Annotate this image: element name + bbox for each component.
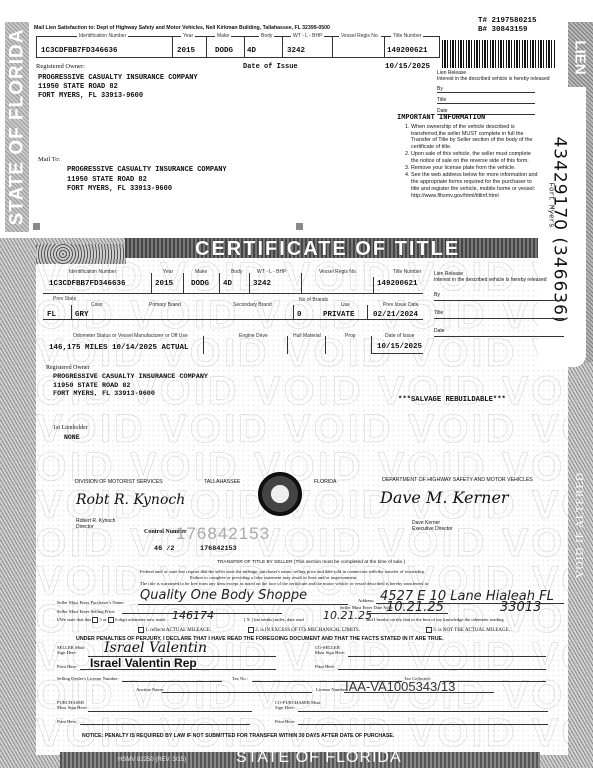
mail-lien-header: Mail Lien Satisfaction to: Dept of Highw… bbox=[34, 25, 330, 31]
cert-owner-name: PROGRESSIVE CASUALTY INSURANCE COMPANY bbox=[53, 373, 208, 382]
stub-vin-value: 1C3CDFBB7FD346636 bbox=[41, 47, 118, 55]
stub-date-of-issue-label: Date of Issue bbox=[243, 63, 298, 71]
cert-no-brands-value: 0 bbox=[297, 311, 302, 319]
coseller-print-label: Print Here: bbox=[315, 664, 335, 669]
cert-odometer-value: 146,175 MILES 10/14/2025 ACTUAL bbox=[49, 344, 189, 352]
auction-name-label: Auction Name: bbox=[136, 687, 164, 692]
cert-lien-by-field[interactable]: By bbox=[434, 283, 564, 301]
law-line-2: Failure to complete or providing a false… bbox=[190, 575, 357, 580]
owner-city: FORT MYERS, FL 33913-9600 bbox=[38, 92, 198, 101]
important-information: IMPORTANT INFORMATION When ownership of … bbox=[397, 114, 539, 200]
penalty-notice: NOTICE: PENALTY IS REQUIRED BY LAW IF NO… bbox=[82, 733, 394, 739]
cert-use-label: Use bbox=[341, 302, 350, 308]
transfer-heading: TRANSFER OF TITLE BY SELLER (This sectio… bbox=[217, 560, 405, 565]
option2-label: 2. is IN EXCESS OF ITS MECHANICAL LIMITS… bbox=[255, 628, 360, 633]
director-title: Director bbox=[76, 525, 115, 531]
date-read-input[interactable]: 10.21.25 bbox=[323, 609, 372, 622]
license-number-label: License Number: bbox=[316, 687, 348, 692]
cert-lien-title-field[interactable]: Title bbox=[434, 301, 564, 319]
stub-title-number-cell: Title Number 149200621 bbox=[385, 37, 441, 57]
dealer-license-input[interactable] bbox=[122, 680, 222, 682]
cert-vehicle-id-row: Identification Number 1C3CDFBB7FD346636 … bbox=[43, 273, 423, 295]
tax-collected-input[interactable] bbox=[440, 680, 546, 682]
option-actual-mileage: 1. reflects ACTUAL MILEAGE. bbox=[138, 627, 211, 633]
copurchaser-sign-label: CO-PURCHASER Must Sign Here: bbox=[275, 700, 325, 710]
date-sold-input[interactable]: 10.21.25 bbox=[386, 600, 444, 615]
salvage-brand: ***SALVAGE REBUILDABLE*** bbox=[398, 396, 506, 404]
cert-odometer-label: Odometer Status or Vessel Manufacturer o… bbox=[73, 333, 188, 339]
by-label: By bbox=[434, 292, 440, 298]
bottom-state-title: STATE OF FLORIDA bbox=[236, 749, 402, 767]
seller-print-input[interactable]: Israel Valentin Rep bbox=[90, 656, 197, 670]
five-digit-checkbox[interactable] bbox=[92, 617, 98, 623]
mail-to-name: PROGRESSIVE CASUALTY INSURANCE COMPANY bbox=[67, 166, 227, 176]
stub-title-number-label: Title Number bbox=[391, 33, 423, 39]
void-if-altered-band: VOID IF ALTERED bbox=[570, 390, 590, 660]
cert-engine-drive-label: Engine Drive bbox=[239, 333, 268, 339]
purchaser-print-input[interactable] bbox=[80, 723, 250, 725]
cert-vessel-label: Vessel Regis No. bbox=[319, 269, 357, 275]
cert-prev-issue-value: 02/21/2024 bbox=[373, 311, 418, 319]
stub-registered-owner-label: Registered Owner: bbox=[36, 63, 85, 70]
cert-year-label: Year bbox=[163, 269, 173, 275]
option1-label: 1. reflects ACTUAL MILEAGE. bbox=[145, 628, 211, 633]
cert-vin-value: 1C3CDFBB7FD346636 bbox=[49, 280, 126, 288]
mail-to-street: 11950 STATE ROAD 82 bbox=[67, 176, 227, 186]
batch-number: 46 /2 bbox=[154, 545, 174, 553]
stub-owner-address: PROGRESSIVE CASUALTY INSURANCE COMPANY 1… bbox=[38, 74, 198, 101]
lien-release-by-field[interactable]: By bbox=[437, 82, 535, 93]
stub-title-number-value: 149200621 bbox=[387, 47, 428, 55]
cert-primary-brand-label: Primary Brand bbox=[149, 302, 181, 308]
six-digit-label: 6 digit odometer now reads bbox=[115, 617, 165, 622]
cert-doi-value: 10/15/2025 bbox=[377, 343, 422, 351]
state-band-label: STATE OF FLORIDA bbox=[5, 22, 29, 232]
purchaser-name-input[interactable]: Quality One Body Shoppe bbox=[140, 588, 307, 603]
mail-to-city: FORT MYERS, FL 33913-9600 bbox=[67, 185, 227, 195]
stub-year-label: Year bbox=[181, 33, 195, 39]
state-band-text: STATE OF FLORIDA bbox=[6, 29, 28, 226]
five-digit-label: 5 or bbox=[100, 617, 107, 622]
stub-make-value: DODG bbox=[215, 47, 233, 55]
purchaser-name-label: Seller Must Enter Purchaser's Name: bbox=[57, 600, 125, 605]
by-label: By bbox=[437, 86, 443, 92]
ornamental-flourish bbox=[36, 244, 126, 264]
b-number: B# 30843159 bbox=[478, 26, 537, 35]
state-label: FLORIDA bbox=[314, 479, 336, 485]
void-watermark-row: VOID VOID VOID VOID VOID VOID VOID VOID bbox=[36, 410, 568, 448]
cert-wt-label: WT - L - BHP bbox=[257, 269, 286, 275]
license-number-input[interactable]: IAA-VA1005343/13 bbox=[345, 679, 455, 694]
cert-make-label: Make bbox=[195, 269, 207, 275]
mail-to-address: PROGRESSIVE CASUALTY INSURANCE COMPANY 1… bbox=[67, 166, 227, 195]
stub-vin-cell: Identification Number 1C3CDFBB7FD346636 bbox=[37, 37, 173, 57]
purchaser-signature-input[interactable] bbox=[88, 710, 252, 712]
purchaser-print-label: Print Here: bbox=[57, 719, 77, 724]
mail-to-label: Mail To: bbox=[38, 156, 60, 163]
stub-year-value: 2015 bbox=[177, 47, 195, 55]
owner-street: 11950 STATE ROAD 82 bbox=[38, 83, 198, 92]
actual-mileage-checkbox[interactable] bbox=[138, 627, 144, 633]
dealer-license-label: Selling Dealer's License Number: bbox=[57, 676, 119, 681]
stub-wt-cell: WT - L - BHP 3242 bbox=[283, 37, 333, 57]
certificate-title: CERTIFICATE OF TITLE bbox=[195, 238, 460, 261]
cert-wt-value: 3242 bbox=[253, 280, 271, 288]
stub-vessel-label: Vessel Regis No. bbox=[339, 33, 381, 39]
coseller-print-input[interactable] bbox=[338, 668, 546, 670]
important-info-list: When ownership of the vehicle described … bbox=[397, 124, 539, 200]
stub-date-of-issue-value: 10/15/2025 bbox=[385, 63, 430, 71]
copurchaser-print-input[interactable] bbox=[298, 723, 548, 725]
cert-body-value: 4D bbox=[223, 280, 232, 288]
tag-city: Fort Myers bbox=[530, 160, 570, 250]
odometer-reading-input[interactable]: 146174 bbox=[172, 609, 214, 622]
cert-year-value: 2015 bbox=[155, 280, 173, 288]
executive-signature: Dave M. Kerner bbox=[380, 488, 509, 507]
purchaser-sign-label: PURCHASER Must Sign Here: bbox=[57, 700, 91, 710]
stub-body-value: 4D bbox=[247, 47, 256, 55]
option-not-actual: 3. is NOT THE ACTUAL MILEAGE. bbox=[426, 627, 510, 633]
cert-registered-owner-label: Registered Owner bbox=[46, 365, 90, 371]
option3-label: 3. is NOT THE ACTUAL MILEAGE. bbox=[433, 628, 510, 633]
division-label: DIVISION OF MOTORIST SERVICES bbox=[75, 479, 163, 485]
cert-color-value: GRY bbox=[75, 311, 89, 319]
director-block: Robert R. Kynoch Director bbox=[76, 519, 115, 530]
tax-no-label: Tax No.: bbox=[232, 676, 248, 681]
copurchaser-signature-input[interactable] bbox=[298, 710, 548, 712]
cert-secondary-brand-label: Secondary Brand bbox=[233, 302, 272, 308]
date-label: Date bbox=[434, 328, 445, 334]
barcode bbox=[442, 40, 556, 68]
seller-sign-label: SELLER Must Sign Here: bbox=[57, 645, 87, 655]
cert-prev-state-value: FL bbox=[47, 311, 56, 319]
registration-mark-right bbox=[296, 223, 303, 230]
auction-name-input[interactable] bbox=[162, 691, 312, 693]
copurchaser-print-label: Print Here: bbox=[275, 719, 295, 724]
executive-title: Executive Director bbox=[412, 527, 453, 533]
coseller-signature-input[interactable] bbox=[348, 655, 546, 657]
tracking-numbers: T# 2197580215 B# 30843159 bbox=[478, 17, 537, 35]
odometer-statement-a: I/We state that this bbox=[57, 617, 91, 622]
cert-hull-label: Hull Material bbox=[293, 333, 321, 339]
coseller-sign-label: CO-SELLER Must Sign Here: bbox=[315, 645, 349, 655]
cert-vin-label: Identification Number bbox=[69, 269, 116, 275]
law-line-3: The title is warranted to be free from a… bbox=[140, 581, 429, 586]
city-label: TALLAHASSEE bbox=[204, 479, 241, 485]
tag-city-text: Fort Myers bbox=[546, 182, 554, 227]
certify-text: and I hereby certify that to the best of… bbox=[366, 617, 504, 622]
stub-year-cell: Year 2015 bbox=[173, 37, 207, 57]
important-info-heading: IMPORTANT INFORMATION bbox=[397, 114, 539, 122]
seller-print-label: Print Here: bbox=[57, 664, 77, 669]
title-label: Title bbox=[437, 97, 446, 103]
cert-owner-street: 11950 STATE ROAD 82 bbox=[53, 382, 208, 391]
form-number: HSMV 82250 (REV. 3/15) bbox=[118, 757, 186, 763]
stub-body-cell: Body 4D bbox=[245, 37, 283, 57]
control-number-large: 176842153 bbox=[176, 524, 270, 544]
void-if-altered-text: VOID IF ALTERED bbox=[574, 472, 586, 578]
cert-lien-date-field[interactable]: Date bbox=[434, 319, 564, 337]
cert-title-number-label: Title Number bbox=[393, 269, 421, 275]
cert-odometer-row: Odometer Status or Vessel Manufacturer o… bbox=[43, 330, 423, 354]
cert-no-brands-label: No of Brands bbox=[299, 297, 328, 303]
purchaser-name-line bbox=[138, 603, 348, 605]
cert-owner-address: PROGRESSIVE CASUALTY INSURANCE COMPANY 1… bbox=[53, 373, 208, 399]
stub-body-label: Body bbox=[259, 33, 274, 39]
title-label: Title bbox=[434, 310, 443, 316]
stub-wt-label: WT - L - BHP bbox=[291, 33, 324, 39]
address-label: Address: bbox=[358, 598, 374, 603]
cert-use-value: PRIVATE bbox=[323, 311, 355, 319]
cert-prev-issue-label: Prev Issue Date bbox=[383, 302, 419, 308]
lienholder-value: NONE bbox=[64, 434, 80, 441]
stub-make-cell: Make DODG bbox=[207, 37, 245, 57]
t-number: T# 2197580215 bbox=[478, 17, 537, 26]
zip-input[interactable]: 33013 bbox=[500, 600, 541, 615]
lien-band-text: LIEN bbox=[572, 40, 589, 74]
cert-lien-release: Lien Release Interest in the described v… bbox=[434, 271, 566, 337]
six-digit-checkbox[interactable] bbox=[108, 617, 114, 623]
tenths-label: [ X ] (no tenths) miles, date read bbox=[244, 617, 304, 622]
odometer-statement: I/We state that this 5 or 6 digit odomet… bbox=[57, 617, 165, 623]
void-watermark-row: VOID VOID VOID VOID VOID VOID VOID VOID bbox=[36, 524, 568, 562]
registration-mark-left bbox=[33, 223, 40, 230]
director-signature: Robt R. Kynoch bbox=[76, 492, 185, 508]
lien-release-title-field[interactable]: Title bbox=[437, 93, 535, 104]
owner-name: PROGRESSIVE CASUALTY INSURANCE COMPANY bbox=[38, 74, 198, 83]
cert-owner-city: FORT MYERS, FL 33913-9600 bbox=[53, 390, 208, 399]
option-excess-limits: 2. is IN EXCESS OF ITS MECHANICAL LIMITS… bbox=[248, 627, 360, 633]
not-actual-checkbox[interactable] bbox=[426, 627, 432, 633]
cert-make-value: DODG bbox=[191, 280, 209, 288]
executive-block: Dave Kerner Executive Director bbox=[412, 521, 453, 532]
seller-signature-input[interactable]: Israel Valentin bbox=[104, 640, 207, 656]
florida-seal-icon bbox=[258, 472, 302, 516]
cert-prop-label: Prop bbox=[345, 333, 356, 339]
cert-body-label: Body bbox=[231, 269, 242, 275]
cert-brand-row: Prev State FL Color GRY Primary Brand Se… bbox=[43, 297, 423, 321]
stub-make-label: Make bbox=[215, 33, 231, 39]
cert-doi-label: Date of Issue bbox=[385, 333, 414, 339]
stub-vehicle-id-box: Identification Number 1C3CDFBB7FD346636 … bbox=[36, 36, 440, 58]
stub-vessel-cell: Vessel Regis No. bbox=[333, 37, 385, 57]
lienholder-label: 1st Lienholder bbox=[53, 425, 88, 431]
law-line-1: Federal and/ or state law require that t… bbox=[140, 569, 425, 574]
department-label: DEPARTMENT OF HIGHWAY SAFETY AND MOTOR V… bbox=[382, 477, 533, 483]
excess-limits-checkbox[interactable] bbox=[248, 627, 254, 633]
stub-wt-value: 3242 bbox=[287, 47, 305, 55]
cert-color-label: Color bbox=[91, 302, 103, 308]
stub-vin-label: Identification Number bbox=[77, 33, 128, 39]
lien-band-label: LIEN bbox=[568, 22, 593, 92]
cert-title-number-value: 149200621 bbox=[377, 280, 418, 288]
cert-prev-state-label: Prev State bbox=[53, 297, 76, 302]
control-number: 176842153 bbox=[200, 545, 237, 553]
selling-price-label: Seller Must Enter Selling Price: bbox=[57, 609, 115, 614]
